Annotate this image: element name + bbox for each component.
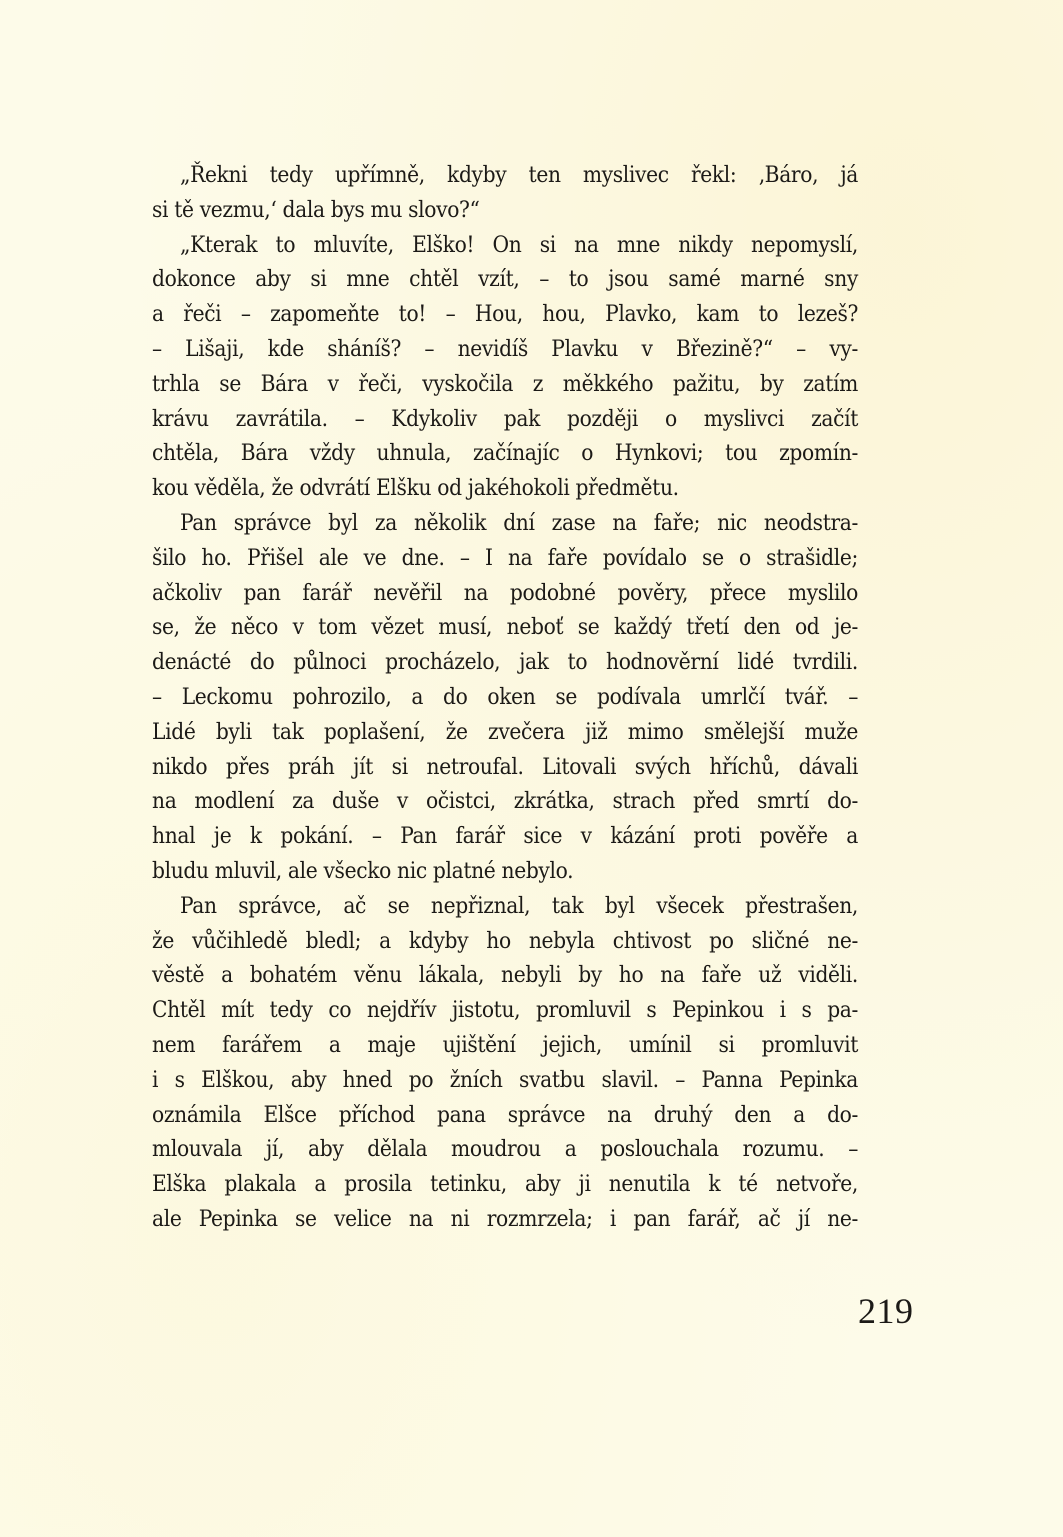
text-line: – Leckomu pohrozilo, a do oken se podíva… (152, 680, 858, 715)
text-line: Chtěl mít tedy co nejdřív jistotu, proml… (152, 993, 858, 1028)
text-line: denácté do půlnoci procházelo, jak to ho… (152, 645, 858, 680)
text-line: na modlení za duše v očistci, zkrátka, s… (152, 784, 858, 819)
text-line: šilo ho. Přišel ale ve dne. – I na faře … (152, 541, 858, 576)
text-line: krávu zavrátila. – Kdykoliv pak později … (152, 402, 858, 437)
text-line: se, že něco v tom vězet musí, neboť se k… (152, 610, 858, 645)
text-line: Lidé byli tak poplašení, že zvečera již … (152, 715, 858, 750)
body-text: „Řekni tedy upřímně, kdyby ten myslivec … (152, 158, 858, 1237)
text-line: trhla se Bára v řeči, vyskočila z měkkéh… (152, 367, 858, 402)
text-line: Pan správce, ač se nepřiznal, tak byl vš… (152, 889, 858, 924)
text-line: nikdo přes práh jít si netroufal. Litova… (152, 750, 858, 785)
book-page: „Řekni tedy upřímně, kdyby ten myslivec … (0, 0, 1063, 1537)
text-line: bludu mluvil, ale všecko nic platné neby… (152, 854, 858, 889)
text-line: chtěla, Bára vždy uhnula, začínajíc o Hy… (152, 436, 858, 471)
text-line: Elška plakala a prosila tetinku, aby ji … (152, 1167, 858, 1202)
text-line: věstě a bohatém věnu lákala, nebyli by h… (152, 958, 858, 993)
page-number: 219 (858, 1290, 914, 1332)
text-line: že vůčihledě bledl; a kdyby ho nebyla ch… (152, 924, 858, 959)
text-line: „Řekni tedy upřímně, kdyby ten myslivec … (152, 158, 858, 193)
text-line: a řeči – zapomeňte to! – Hou, hou, Plavk… (152, 297, 858, 332)
text-line: ale Pepinka se velice na ni rozmrzela; i… (152, 1202, 858, 1237)
text-line: Pan správce byl za několik dní zase na f… (152, 506, 858, 541)
text-line: mlouvala jí, aby dělala moudrou a poslou… (152, 1132, 858, 1167)
text-line: i s Elškou, aby hned po žních svatbu sla… (152, 1063, 858, 1098)
text-line: kou věděla, že odvrátí Elšku od jakéhoko… (152, 471, 858, 506)
text-line: – Lišaji, kde sháníš? – nevidíš Plavku v… (152, 332, 858, 367)
text-line: si tě vezmu,‘ dala bys mu slovo?“ (152, 193, 858, 228)
text-line: ačkoliv pan farář nevěřil na podobné pov… (152, 576, 858, 611)
text-line: nem farářem a maje ujištění jejich, umín… (152, 1028, 858, 1063)
text-line: hnal je k pokání. – Pan farář sice v káz… (152, 819, 858, 854)
text-line: „Kterak to mluvíte, Elško! On si na mne … (152, 228, 858, 263)
text-line: oznámila Elšce příchod pana správce na d… (152, 1098, 858, 1133)
text-line: dokonce aby si mne chtěl vzít, – to jsou… (152, 262, 858, 297)
